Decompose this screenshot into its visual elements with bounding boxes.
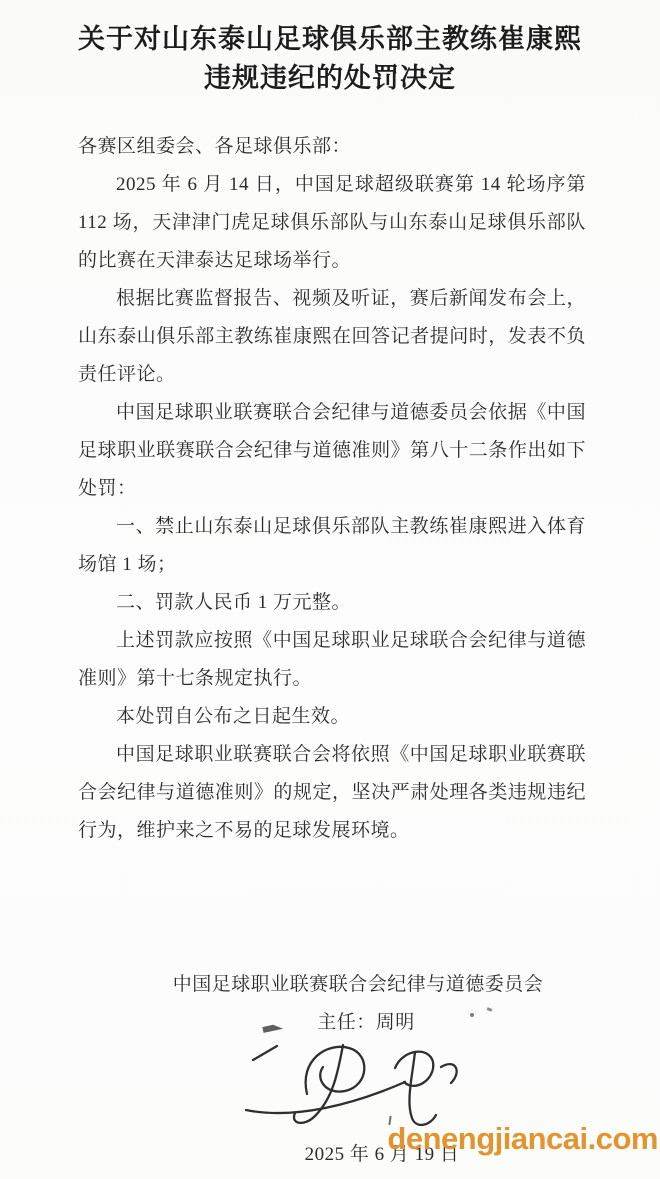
scanned-document-page: 关于对山东泰山足球俱乐部主教练崔康熙 违规违纪的处罚决定 各赛区组委会、各足球俱… <box>0 0 660 1179</box>
document-title: 关于对山东泰山足球俱乐部主教练崔康熙 违规违纪的处罚决定 <box>0 20 660 98</box>
paragraph: 本处罚自公布之日起生效。 <box>78 698 586 736</box>
paragraph-penalty-2: 二、罚款人民币 1 万元整。 <box>78 584 586 622</box>
site-watermark: denengjiancai.com <box>387 1121 658 1157</box>
document-title-line1: 关于对山东泰山足球俱乐部主教练崔康熙 <box>0 20 660 59</box>
paragraph: 根据比赛监督报告、视频及听证，赛后新闻发布会上，山东泰山俱乐部主教练崔康熙在回答… <box>78 280 586 394</box>
paragraph: 上述罚款应按照《中国足球职业足球联合会纪律与道德准则》第十七条规定执行。 <box>78 622 586 698</box>
scan-speck-icon <box>470 1013 474 1017</box>
document-body: 各赛区组委会、各足球俱乐部： 2025 年 6 月 14 日，中国足球超级联赛第… <box>0 128 660 850</box>
paragraph: 中国足球职业联赛联合会将依照《中国足球职业联赛联合会纪律与道德准则》的规定，坚决… <box>78 736 586 850</box>
paragraph-penalty-1: 一、禁止山东泰山足球俱乐部队主教练崔康熙进入体育场馆 1 场； <box>78 508 586 584</box>
salutation: 各赛区组委会、各足球俱乐部： <box>78 128 586 166</box>
document-title-line2: 违规违纪的处罚决定 <box>0 59 660 98</box>
paragraph: 2025 年 6 月 14 日，中国足球超级联赛第 14 轮场序第 112 场，… <box>78 166 586 280</box>
issuing-org: 中国足球职业联赛联合会纪律与道德委员会 <box>28 966 660 1004</box>
paragraph: 中国足球职业联赛联合会纪律与道德委员会依据《中国足球职业联赛联合会纪律与道德准则… <box>78 394 586 508</box>
